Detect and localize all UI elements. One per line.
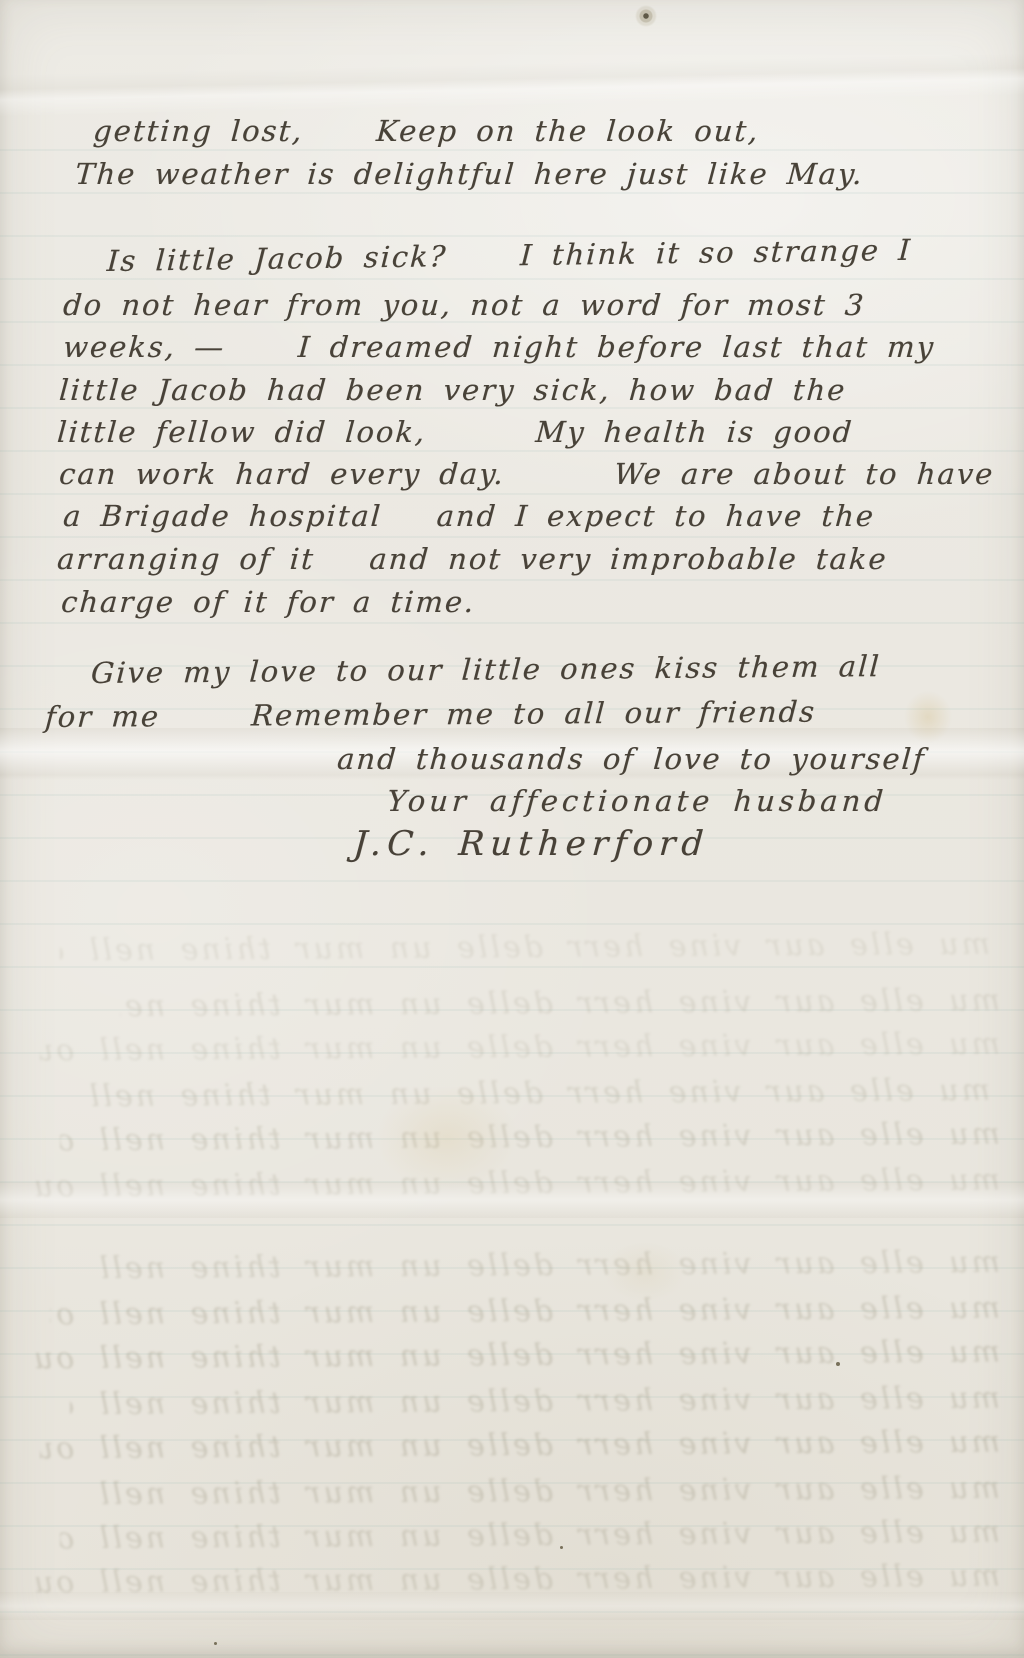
letter-line: arranging of it and not very improbable … [56, 542, 889, 576]
letter-line: Give my love to our little ones kiss the… [90, 649, 882, 690]
letter-line: and thousands of love to yourself [336, 742, 927, 776]
letter-line: for me Remember me to all our friends [44, 695, 817, 734]
letter-line: little fellow did look, My health is goo… [56, 415, 854, 449]
letter-line: a Brigade hospital and I expect to have … [62, 499, 876, 533]
letter-line: getting lost, Keep on the look out, [92, 114, 761, 148]
letter-line: The weather is delightful here just like… [74, 157, 865, 191]
letter-page: mu elle aur vine herr delle un mur thine… [0, 0, 1024, 1658]
letter-line: can work hard every day. We are about to… [58, 457, 996, 491]
letter-line: Your affectionate husband [386, 784, 888, 818]
letter-line: charge of it for a time. [60, 585, 477, 619]
letter-line: little Jacob had been very sick, how bad… [58, 373, 848, 407]
signature: J.C. Rutherford [352, 824, 711, 864]
letter-line: weeks, — I dreamed night before last tha… [62, 330, 936, 364]
letter-line: Is little Jacob sick? I think it so stra… [106, 233, 913, 278]
letter-line: do not hear from you, not a word for mos… [62, 288, 866, 322]
letter-text: getting lost, Keep on the look out, The … [0, 0, 1024, 1658]
